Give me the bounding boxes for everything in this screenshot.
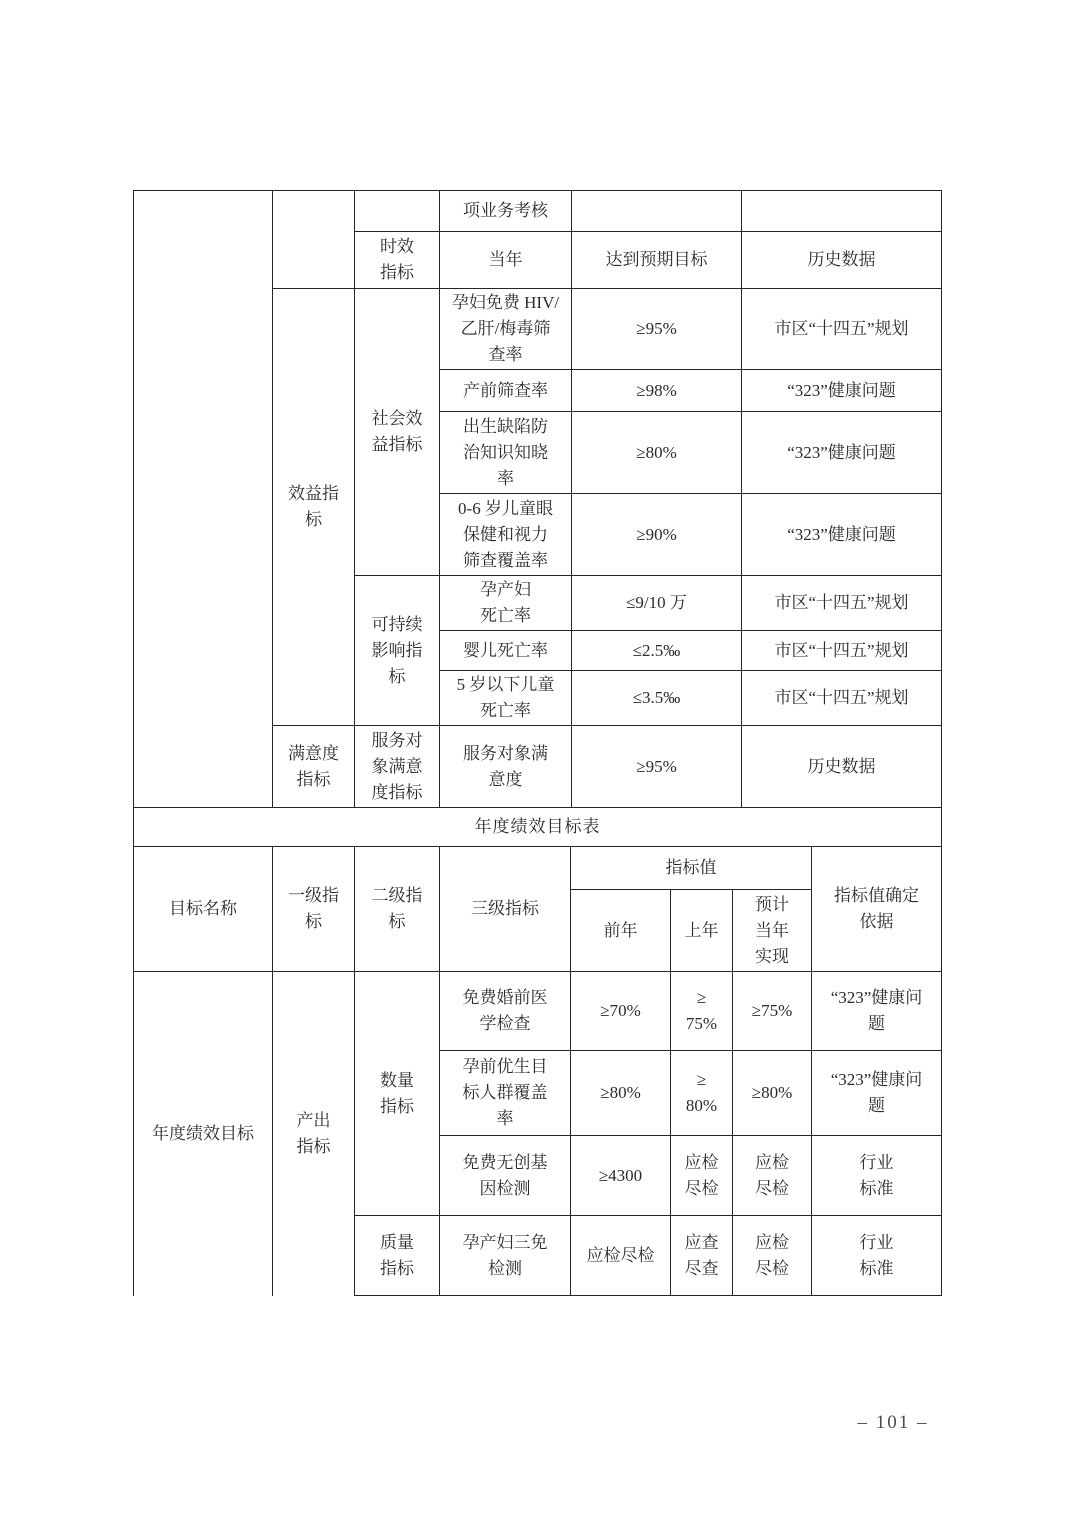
- cell-value-basis: “323”健康问 题: [812, 1051, 942, 1136]
- cell-indicator-value: ≥95%: [572, 726, 742, 808]
- cell-indicator-value: ≥90%: [572, 494, 742, 576]
- annual-table-title: 年度绩效目标表: [134, 808, 942, 847]
- cell-last-year-value: 应检 尽检: [671, 1136, 733, 1216]
- cell-year-before-last-value: ≥80%: [571, 1051, 671, 1136]
- cell-value-basis: “323”健康问题: [742, 412, 942, 494]
- cell-value-basis: “323”健康问题: [742, 370, 942, 412]
- cell-value-basis: “323”健康问 题: [812, 972, 942, 1051]
- cell-level3-indicator: 服务对象满 意度: [440, 726, 572, 808]
- cell-value-basis: 市区“十四五”规划: [742, 289, 942, 370]
- cell-empty-continuation: [273, 191, 355, 289]
- cell-level3-indicator: 项业务考核: [440, 191, 572, 232]
- cell-quantity-indicator: 数量 指标: [355, 972, 440, 1216]
- cell-service-target-satisfaction: 服务对 象满意 度指标: [355, 726, 440, 808]
- cell-level3-indicator: 出生缺陷防 治知识知晓 率: [440, 412, 572, 494]
- cell-last-year-value: 应查 尽查: [671, 1216, 733, 1296]
- cell-year-before-last-value: ≥70%: [571, 972, 671, 1051]
- cell-value-basis: 市区“十四五”规划: [742, 631, 942, 671]
- cell-value-basis: 历史数据: [742, 232, 942, 289]
- header-level3-indicator: 三级指标: [440, 847, 571, 972]
- cell-level3-indicator: 当年: [440, 232, 572, 289]
- cell-indicator-value: 达到预期目标: [572, 232, 742, 289]
- cell-level3-indicator: 孕产妇三免 检测: [440, 1216, 571, 1296]
- cell-expected-value: ≥80%: [733, 1051, 812, 1136]
- cell-level3-indicator: 婴儿死亡率: [440, 631, 572, 671]
- cell-indicator-value: ≥98%: [572, 370, 742, 412]
- performance-tables: 项业务考核 时效 指标 当年 达到预期目标 历史数据 效益指 标 社会效 益指标…: [133, 190, 941, 1296]
- header-level2-indicator: 二级指 标: [355, 847, 440, 972]
- cell-value-basis: 行业 标准: [812, 1136, 942, 1216]
- cell-level3-indicator: 孕产妇 死亡率: [440, 576, 572, 631]
- cell-indicator-value: [572, 191, 742, 232]
- cell-satisfaction-indicator: 满意度 指标: [273, 726, 355, 808]
- cell-value-basis: [742, 191, 942, 232]
- cell-indicator-value: ≤3.5‰: [572, 671, 742, 726]
- header-value-basis: 指标值确定 依据: [812, 847, 942, 972]
- cell-last-year-value: ≥ 75%: [671, 972, 733, 1051]
- cell-expected-value: 应检 尽检: [733, 1216, 812, 1296]
- cell-indicator-value: ≥80%: [572, 412, 742, 494]
- header-year-before-last: 前年: [571, 890, 671, 972]
- header-last-year: 上年: [671, 890, 733, 972]
- cell-indicator-value: ≤2.5‰: [572, 631, 742, 671]
- cell-expected-value: 应检 尽检: [733, 1136, 812, 1216]
- cell-benefit-indicator: 效益指 标: [273, 289, 355, 726]
- cell-level3-indicator: 孕前优生目 标人群覆盖 率: [440, 1051, 571, 1136]
- indicator-continuation-table: 项业务考核 时效 指标 当年 达到预期目标 历史数据 效益指 标 社会效 益指标…: [133, 190, 942, 808]
- cell-value-basis: “323”健康问题: [742, 494, 942, 576]
- cell-value-basis: 市区“十四五”规划: [742, 576, 942, 631]
- cell-expected-value: ≥75%: [733, 972, 812, 1051]
- cell-year-before-last-value: ≥4300: [571, 1136, 671, 1216]
- cell-empty-continuation: [134, 191, 273, 808]
- cell-level3-indicator: 0-6 岁儿童眼 保健和视力 筛查覆盖率: [440, 494, 572, 576]
- cell-last-year-value: ≥ 80%: [671, 1051, 733, 1136]
- cell-year-before-last-value: 应检尽检: [571, 1216, 671, 1296]
- cell-indicator-value: ≤9/10 万: [572, 576, 742, 631]
- cell-empty-continuation: [355, 191, 440, 232]
- cell-level3-indicator: 免费无创基 因检测: [440, 1136, 571, 1216]
- cell-quality-indicator: 质量 指标: [355, 1216, 440, 1296]
- cell-goal-name: 年度绩效目标: [134, 972, 273, 1296]
- cell-social-benefit-indicator: 社会效 益指标: [355, 289, 440, 576]
- cell-level3-indicator: 产前筛查率: [440, 370, 572, 412]
- cell-value-basis: 市区“十四五”规划: [742, 671, 942, 726]
- cell-level3-indicator: 免费婚前医 学检查: [440, 972, 571, 1051]
- cell-level3-indicator: 孕妇免费 HIV/ 乙肝/梅毒筛 查率: [440, 289, 572, 370]
- cell-sustainable-impact-indicator: 可持续 影响指 标: [355, 576, 440, 726]
- header-level1-indicator: 一级指 标: [273, 847, 355, 972]
- cell-value-basis: 行业 标准: [812, 1216, 942, 1296]
- header-goal-name: 目标名称: [134, 847, 273, 972]
- cell-level2-indicator: 时效 指标: [355, 232, 440, 289]
- cell-level3-indicator: 5 岁以下儿童 死亡率: [440, 671, 572, 726]
- cell-output-indicator: 产出 指标: [273, 972, 355, 1296]
- document-page: 项业务考核 时效 指标 当年 达到预期目标 历史数据 效益指 标 社会效 益指标…: [0, 0, 1074, 1520]
- page-number: – 101 –: [843, 1412, 943, 1434]
- cell-value-basis: 历史数据: [742, 726, 942, 808]
- annual-performance-target-table: 年度绩效目标表 目标名称 一级指 标 二级指 标 三级指标 指标值 指标值确定 …: [133, 807, 942, 1296]
- header-indicator-value: 指标值: [571, 847, 812, 890]
- header-expected-current-year: 预计 当年 实现: [733, 890, 812, 972]
- cell-indicator-value: ≥95%: [572, 289, 742, 370]
